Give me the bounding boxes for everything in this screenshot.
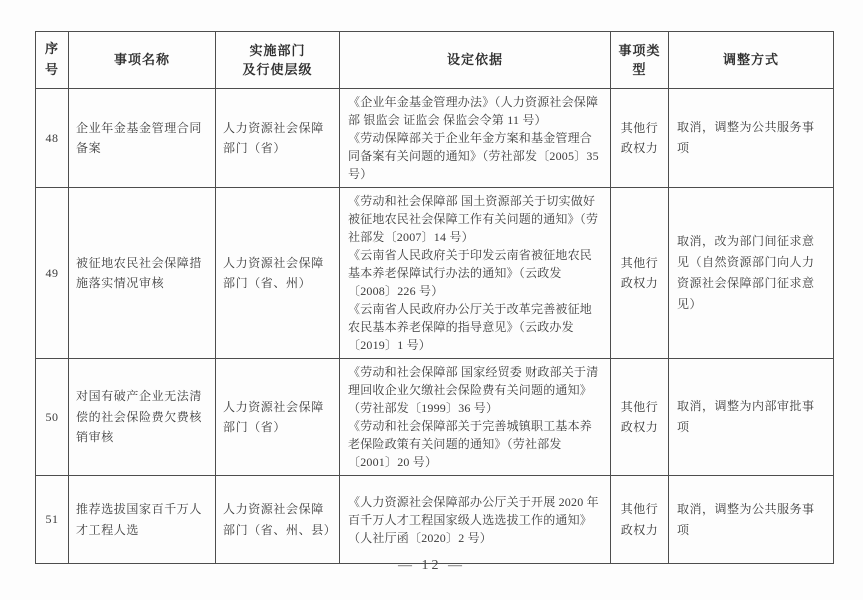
cell-serial-number: 49 [36,188,69,359]
basis-citation: 《劳动和社会保障部关于完善城镇职工基本养老保险政策有关问题的通知》（劳社部发〔2… [348,417,602,471]
cell-item-type: 其他行政权力 [611,188,669,359]
cell-department: 人力资源社会保障部门（省） [216,89,340,188]
cell-item-type: 其他行政权力 [611,476,669,564]
basis-citation: 《云南省人民政府关于印发云南省被征地农民基本养老保障试行办法的通知》（云政发〔2… [348,246,602,300]
table-row: 49 被征地农民社会保障措施落实情况审核 人力资源社会保障部门（省、州） 《劳动… [36,188,834,359]
document-page: 序号 事项名称 实施部门 及行使层级 设定依据 事项类型 调整方式 48 企业年… [0,0,863,600]
cell-adjustment: 取消，调整为公共服务事项 [669,476,834,564]
cell-item-name: 对国有破产企业无法清偿的社会保险费欠费核销审核 [69,359,216,476]
table-header-row: 序号 事项名称 实施部门 及行使层级 设定依据 事项类型 调整方式 [36,32,834,89]
col-header-adjustment: 调整方式 [669,32,834,89]
adjustment-items-table: 序号 事项名称 实施部门 及行使层级 设定依据 事项类型 调整方式 48 企业年… [35,31,834,564]
col-header-item-name: 事项名称 [69,32,216,89]
cell-basis: 《企业年金基金管理办法》（人力资源社会保障部 银监会 证监会 保监会令第 11 … [340,89,611,188]
page-number: — 12 — [0,558,863,574]
col-header-serial-number-label: 序号 [44,39,61,81]
basis-citation: 《云南省人民政府办公厅关于改革完善被征地农民基本养老保障的指导意见》（云政办发〔… [348,300,602,354]
basis-citation: 《企业年金基金管理办法》（人力资源社会保障部 银监会 证监会 保监会令第 11 … [348,93,602,129]
cell-department: 人力资源社会保障部门（省） [216,359,340,476]
col-header-department: 实施部门 及行使层级 [216,32,340,89]
col-header-item-type: 事项类型 [611,32,669,89]
cell-basis: 《人力资源社会保障部办公厅关于开展 2020 年百千万人才工程国家级人选选拔工作… [340,476,611,564]
col-header-department-line1: 实施部门 [218,41,337,61]
cell-item-type: 其他行政权力 [611,89,669,188]
cell-serial-number: 51 [36,476,69,564]
col-header-department-line2: 及行使层级 [218,60,337,80]
cell-basis: 《劳动和社会保障部 国家经贸委 财政部关于清理回收企业欠缴社会保险费有关问题的通… [340,359,611,476]
cell-item-name: 被征地农民社会保障措施落实情况审核 [69,188,216,359]
cell-adjustment: 取消，调整为公共服务事项 [669,89,834,188]
basis-citation: 《人力资源社会保障部办公厅关于开展 2020 年百千万人才工程国家级人选选拔工作… [348,493,602,547]
cell-item-type: 其他行政权力 [611,359,669,476]
table-row: 48 企业年金基金管理合同备案 人力资源社会保障部门（省） 《企业年金基金管理办… [36,89,834,188]
cell-serial-number: 50 [36,359,69,476]
cell-basis: 《劳动和社会保障部 国土资源部关于切实做好被征地农民社会保障工作有关问题的通知》… [340,188,611,359]
table-row: 51 推荐选拔国家百千万人才工程人选 人力资源社会保障部门（省、州、县） 《人力… [36,476,834,564]
cell-item-name: 推荐选拔国家百千万人才工程人选 [69,476,216,564]
col-header-basis: 设定依据 [340,32,611,89]
cell-department: 人力资源社会保障部门（省、州） [216,188,340,359]
col-header-serial-number: 序号 [36,32,69,89]
table-row: 50 对国有破产企业无法清偿的社会保险费欠费核销审核 人力资源社会保障部门（省）… [36,359,834,476]
cell-adjustment: 取消，改为部门间征求意见（自然资源部门向人力资源社会保障部门征求意见） [669,188,834,359]
cell-item-name: 企业年金基金管理合同备案 [69,89,216,188]
cell-adjustment: 取消，调整为内部审批事项 [669,359,834,476]
basis-citation: 《劳动和社会保障部 国家经贸委 财政部关于清理回收企业欠缴社会保险费有关问题的通… [348,363,602,417]
cell-department: 人力资源社会保障部门（省、州、县） [216,476,340,564]
basis-citation: 《劳动和社会保障部 国土资源部关于切实做好被征地农民社会保障工作有关问题的通知》… [348,192,602,246]
cell-serial-number: 48 [36,89,69,188]
basis-citation: 《劳动保障部关于企业年金方案和基金管理合同备案有关问题的通知》（劳社部发〔200… [348,129,602,183]
